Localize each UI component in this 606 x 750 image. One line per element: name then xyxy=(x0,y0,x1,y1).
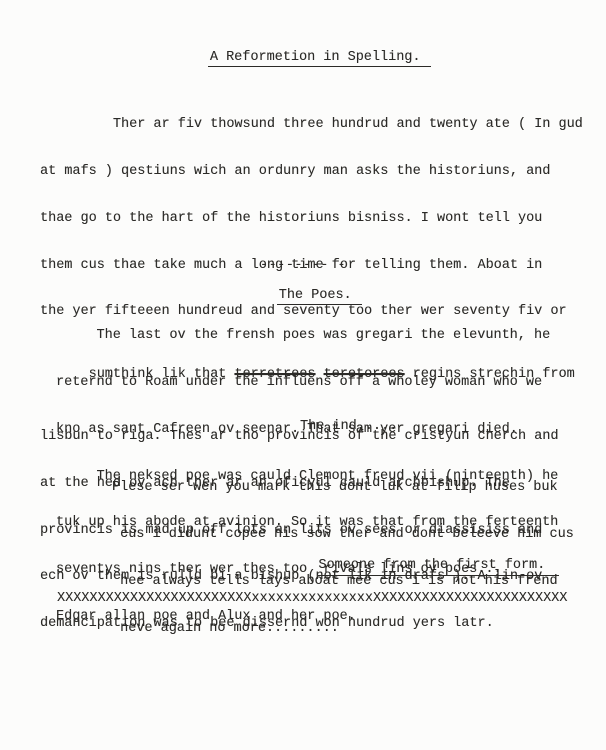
paragraph-line: at mafs ) qestiuns wich an ordunry man a… xyxy=(40,164,583,180)
paragraph-line: neve again no more......... xyxy=(112,621,574,637)
paragraph-line: cus i didunt copee his sow ther and dont… xyxy=(112,527,574,543)
paragraph-line: Plese ser wen you mark this dont luk at … xyxy=(112,480,574,496)
paragraph-line: The last ov the frensh poes was gregari … xyxy=(56,328,558,344)
paragraph-line: Ther ar fiv thowsund three hundrud and t… xyxy=(40,117,583,133)
typewritten-page: A Reformetion in Spelling. Ther ar fiv t… xyxy=(0,0,606,750)
title-row: A Reformetion in Spelling. xyxy=(0,34,606,83)
the-ind-line: The ind..... xyxy=(300,419,397,435)
paragraph-line: thae go to the hart of the historiuns bi… xyxy=(40,211,583,227)
signature-row: Someone from the first form. xyxy=(286,542,559,592)
x-row: XXXXXXXXXXXXXXXXXXXXXXXXxxxxxxxxxxxxxxxX… xyxy=(57,591,567,607)
paragraph-line: reternd to Roam under the influens off a… xyxy=(56,375,558,391)
signature-line: Someone from the first form. xyxy=(318,558,559,577)
page-title: A Reformetion in Spelling. xyxy=(208,50,431,68)
